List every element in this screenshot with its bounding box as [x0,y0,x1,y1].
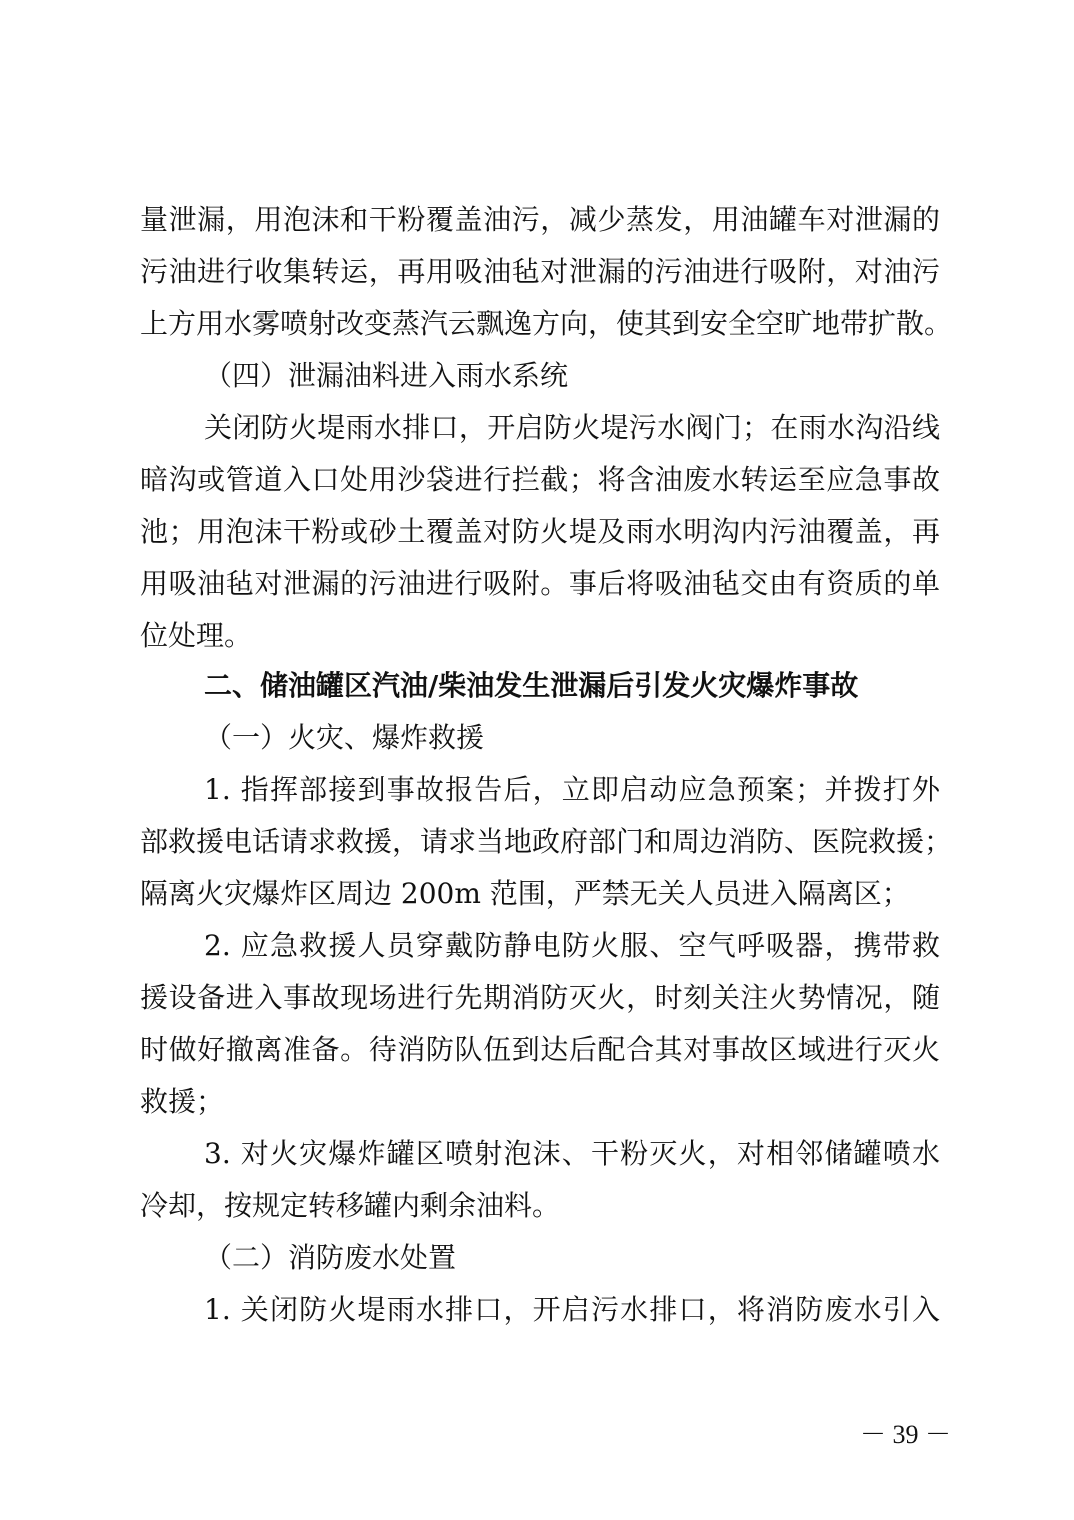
body-line: 时做好撤离准备。待消防队伍到达后配合其对事故区域进行灭火 [140,1032,940,1068]
body-line: 冷却，按规定转移罐内剩余油料。 [140,1188,940,1224]
subheading: （一）火灾、爆炸救援 [204,720,484,756]
body-line: 1. 指挥部接到事故报告后，立即启动应急预案；并拨打外 [204,772,940,808]
page-number: － 39 － [860,1414,951,1451]
body-line: 援设备进入事故现场进行先期消防灭火，时刻关注火势情况，随 [140,980,940,1016]
body-line: 关闭防火堤雨水排口，开启防火堤污水阀门；在雨水沟沿线 [204,410,940,446]
body-line: 3. 对火灾爆炸罐区喷射泡沫、干粉灭火，对相邻储罐喷水 [204,1136,940,1172]
body-line: 上方用水雾喷射改变蒸汽云飘逸方向，使其到安全空旷地带扩散。 [140,306,940,342]
body-line: 隔离火灾爆炸区周边 200m 范围，严禁无关人员进入隔离区； [140,876,940,912]
document-page: 量泄漏，用泡沫和干粉覆盖油污，减少蒸发，用油罐车对泄漏的 污油进行收集转运，再用… [0,0,1074,1520]
body-line: 1. 关闭防火堤雨水排口，开启污水排口，将消防废水引入 [204,1292,940,1328]
body-line: 部救援电话请求救援，请求当地政府部门和周边消防、医院救援； [140,824,940,860]
body-line: 量泄漏，用泡沫和干粉覆盖油污，减少蒸发，用油罐车对泄漏的 [140,202,940,238]
body-line: 污油进行收集转运，再用吸油毡对泄漏的污油进行吸附，对油污 [140,254,940,290]
body-line: 2. 应急救援人员穿戴防静电防火服、空气呼吸器，携带救 [204,928,940,964]
body-line: 救援； [140,1084,940,1120]
subheading: （二）消防废水处置 [204,1240,456,1276]
body-line: 池；用泡沫干粉或砂土覆盖对防火堤及雨水明沟内污油覆盖，再 [140,514,940,550]
body-line: 位处理。 [140,618,940,654]
section-heading: 二、储油罐区汽油/柴油发生泄漏后引发火灾爆炸事故 [204,668,858,704]
subheading: （四）泄漏油料进入雨水系统 [204,358,568,394]
body-line: 用吸油毡对泄漏的污油进行吸附。事后将吸油毡交由有资质的单 [140,566,940,602]
body-line: 暗沟或管道入口处用沙袋进行拦截；将含油废水转运至应急事故 [140,462,940,498]
